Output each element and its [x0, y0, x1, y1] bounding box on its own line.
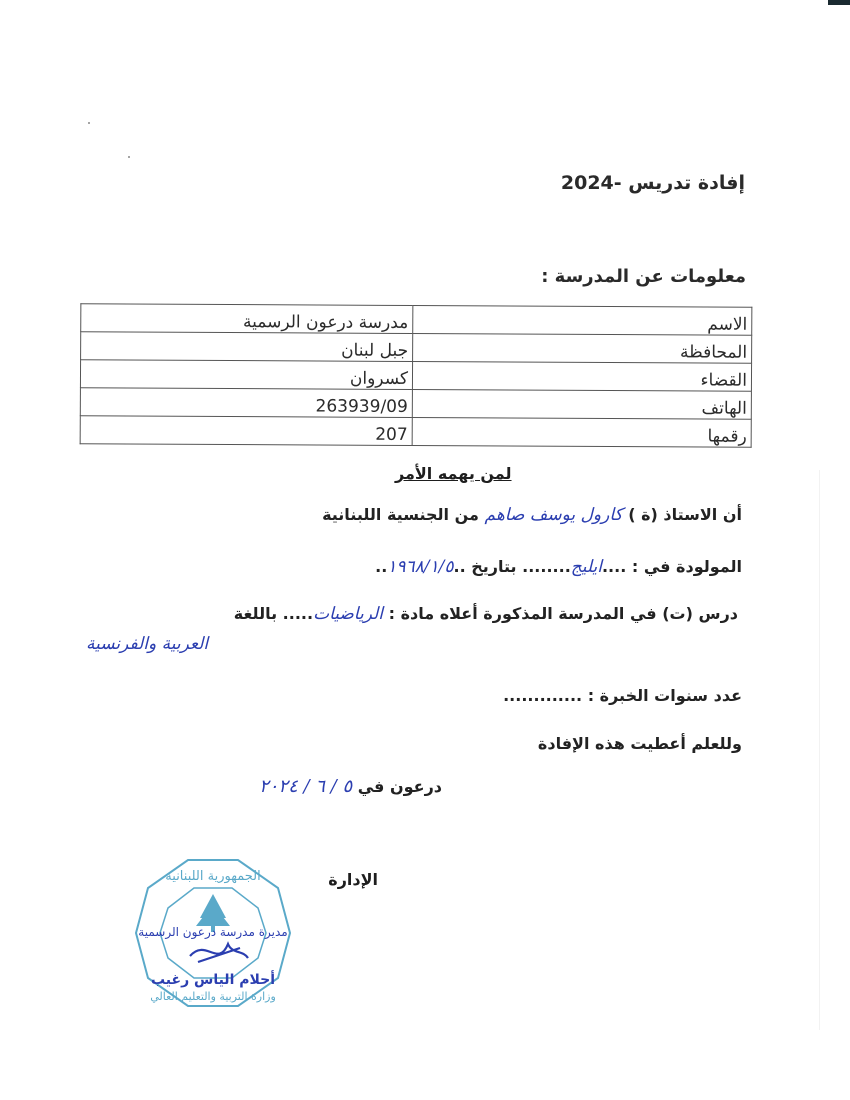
- section-heading: معلومات عن المدرسة :: [541, 266, 746, 287]
- birth-date-handwritten: ١٩٦٨/١/٥: [387, 557, 453, 577]
- svg-text:وزارة التربية والتعليم العالي: وزارة التربية والتعليم العالي: [150, 990, 276, 1003]
- row-value-governorate: جبل لبنان: [81, 332, 413, 362]
- birth-date-label: بتاريخ: [471, 557, 516, 576]
- scan-speck: [88, 122, 90, 124]
- table-row: القضاء كسروان: [80, 360, 751, 392]
- table-row: الاسم مدرسة درعون الرسمية: [81, 304, 752, 336]
- issue-date-handwritten: ٥ / ٦ / ٢٠٢٤: [259, 776, 352, 797]
- birth-place-handwritten: ايليج: [571, 557, 602, 577]
- birth-line: المولودة في : ....ايليج........ بتاريخ .…: [375, 557, 742, 577]
- table-row: الهاتف 263939/09: [80, 388, 751, 420]
- to-whom-heading: لمن يهمه الأمر: [395, 464, 512, 483]
- administration-label: الإدارة: [328, 870, 378, 889]
- stamp-seal-icon: الجمهورية اللبنانية وزارة التربية والتعل…: [128, 858, 298, 1008]
- experience-value: .............: [503, 686, 582, 705]
- scan-speck: [128, 156, 130, 158]
- place-date-line: درعون في ٥ / ٦ / ٢٠٢٤: [259, 776, 442, 797]
- teacher-nationality: من الجنسية اللبنانية: [322, 505, 479, 524]
- document-title: إفادة تدريس -2024: [561, 172, 745, 194]
- row-value-phone: 263939/09: [80, 388, 412, 418]
- experience-label: عدد سنوات الخبرة :: [588, 686, 742, 705]
- svg-text:مديرة مدرسة درعون الرسمية: مديرة مدرسة درعون الرسمية: [138, 925, 287, 940]
- birth-prefix: المولودة في :: [632, 557, 742, 576]
- experience-line: عدد سنوات الخبرة : .............: [503, 686, 742, 705]
- place-date-label: درعون في: [358, 777, 442, 796]
- table-row: المحافظة جبل لبنان: [81, 332, 752, 364]
- taught-line: درس (ت) في المدرسة المذكورة أعلاه مادة :…: [234, 604, 738, 624]
- table-row: رقمها 207: [80, 416, 751, 448]
- row-value-number: 207: [80, 416, 412, 446]
- row-value-district: كسروان: [80, 360, 412, 390]
- school-info-table: الاسم مدرسة درعون الرسمية المحافظة جبل ل…: [80, 303, 753, 448]
- official-stamp: الجمهورية اللبنانية وزارة التربية والتعل…: [128, 858, 298, 1008]
- row-label-number: رقمها: [412, 417, 751, 447]
- language-handwritten: العربية والفرنسية: [86, 634, 208, 654]
- svg-text:الجمهورية اللبنانية: الجمهورية اللبنانية: [165, 869, 260, 884]
- scan-bleed-line: [819, 470, 830, 1030]
- taught-language-label: باللغة: [234, 604, 277, 623]
- teacher-prefix: أن الاستاذ (ة ): [628, 505, 742, 524]
- signature-icon: [190, 944, 248, 962]
- row-label-district: القضاء: [412, 361, 751, 391]
- row-label-phone: الهاتف: [412, 389, 751, 419]
- row-label-governorate: المحافظة: [413, 333, 752, 363]
- teacher-name-handwritten: كارول يوسف صاهم: [485, 505, 623, 525]
- scan-corner-mark: [828, 0, 850, 5]
- teacher-line: أن الاستاذ (ة ) كارول يوسف صاهم من الجنس…: [322, 505, 742, 525]
- row-label-name: الاسم: [413, 305, 752, 335]
- row-value-name: مدرسة درعون الرسمية: [81, 304, 413, 334]
- subject-handwritten: الرياضيات: [313, 604, 383, 624]
- svg-text:أحلام الياس رغيب: أحلام الياس رغيب: [151, 970, 275, 988]
- taught-prefix: درس (ت) في المدرسة المذكورة أعلاه مادة :: [389, 604, 738, 623]
- closing-line: وللعلم أعطيت هذه الإفادة: [538, 734, 742, 753]
